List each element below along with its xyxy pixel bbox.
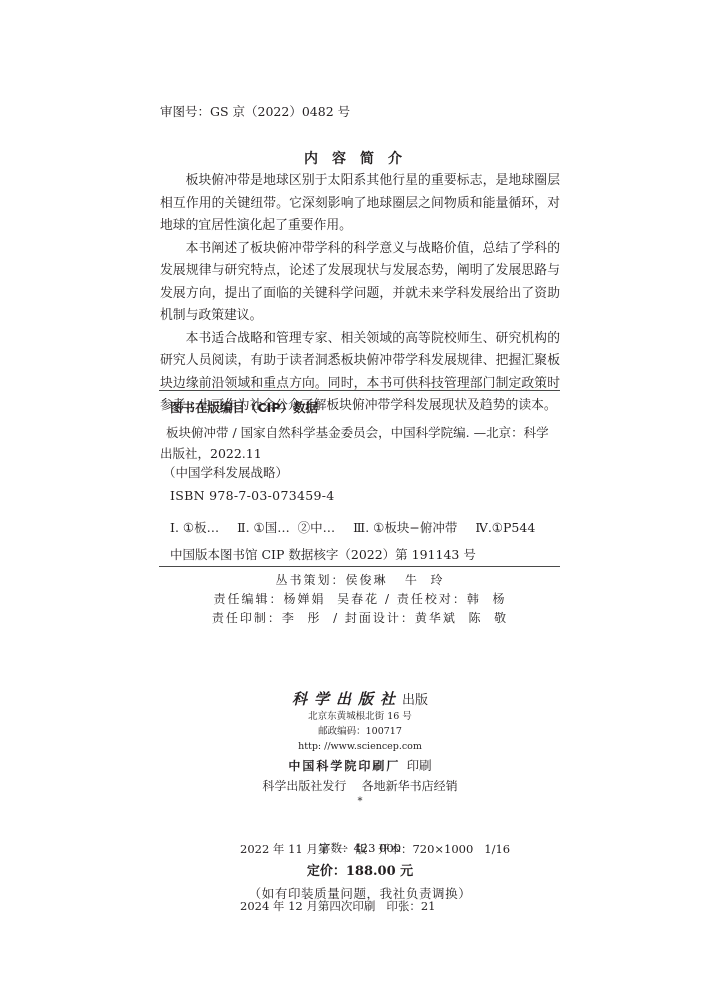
publisher-name: 科学出版社 xyxy=(292,690,402,708)
cip-class-item: Ⅱ. ①国… ②中… xyxy=(237,520,335,535)
credit-series-planning: 丛书策划：侯俊琳 牛 玲 xyxy=(0,571,720,590)
intro-paragraph: 板块俯冲带是地球区别于太阳系其他行星的重要标志，是地球圈层相互作用的关键纽带。它… xyxy=(160,170,560,238)
word-count: 字数：423 000 xyxy=(0,840,720,856)
cip-class-item: Ⅰ. ①板… xyxy=(170,520,219,535)
printer-name: 中国科学院印刷厂 xyxy=(288,759,400,773)
cip-entry-text: 板块俯冲带 / 国家自然科学基金委员会，中国科学院编. —北京：科学出版社，20… xyxy=(160,422,560,464)
cip-series: （中国学科发展战略） xyxy=(163,463,288,481)
printer-line: 中国科学院印刷厂 印刷 xyxy=(0,756,720,774)
intro-body: 板块俯冲带是地球区别于太阳系其他行星的重要标志，是地球圈层相互作用的关键纽带。它… xyxy=(160,170,560,418)
cip-bottom-divider xyxy=(159,566,560,567)
publisher-line: 科学出版社出版 xyxy=(0,688,720,709)
cip-core-data: 中国版本图书馆 CIP 数据核字（2022）第 191143 号 xyxy=(170,545,476,563)
cip-isbn: ISBN 978-7-03-073459-4 xyxy=(170,488,334,503)
price: 定价：188.00 元 xyxy=(0,860,720,879)
cip-class-item: Ⅲ. ①板块−俯冲带 xyxy=(353,520,457,535)
publisher-postcode: 邮政编码：100717 xyxy=(0,724,720,739)
publisher-address: 北京东黄城根北街 16 号 xyxy=(0,709,720,724)
cip-classification: Ⅰ. ①板… Ⅱ. ①国… ②中… Ⅲ. ①板块−俯冲带 Ⅳ.①P544 xyxy=(170,518,549,536)
publisher-block: 科学出版社出版 北京东黄城根北街 16 号 邮政编码：100717 http: … xyxy=(0,688,720,808)
cip-class-item: Ⅳ.①P544 xyxy=(475,520,535,535)
publisher-suffix: 出版 xyxy=(402,693,428,708)
quality-notice: （如有印装质量问题，我社负责调换） xyxy=(0,884,720,902)
distribution: 科学出版社发行 各地新华书店经销 xyxy=(0,777,720,794)
map-review-number: 审图号：GS 京（2022）0482 号 xyxy=(160,102,350,120)
intro-paragraph: 本书阐述了板块俯冲带学科的科学意义与战略价值，总结了学科的发展规律与研究特点，论… xyxy=(160,238,560,328)
cip-title: 图书在版编目（CIP）数据 xyxy=(170,398,318,416)
cip-entry: 板块俯冲带 / 国家自然科学基金委员会，中国科学院编. —北京：科学出版社，20… xyxy=(170,422,560,464)
publisher-url: http: //www.sciencep.com xyxy=(0,739,720,754)
credit-editors: 责任编辑：杨婵娟 吴春花 / 责任校对：韩 杨 xyxy=(0,590,720,609)
printer-suffix: 印刷 xyxy=(407,758,432,773)
intro-title: 内容简介 xyxy=(0,148,720,168)
credit-printing-design: 责任印制：李 彤 / 封面设计：黄华斌 陈 敬 xyxy=(0,609,720,628)
credits: 丛书策划：侯俊琳 牛 玲 责任编辑：杨婵娟 吴春花 / 责任校对：韩 杨 责任印… xyxy=(0,571,720,628)
cip-top-divider xyxy=(159,390,560,391)
